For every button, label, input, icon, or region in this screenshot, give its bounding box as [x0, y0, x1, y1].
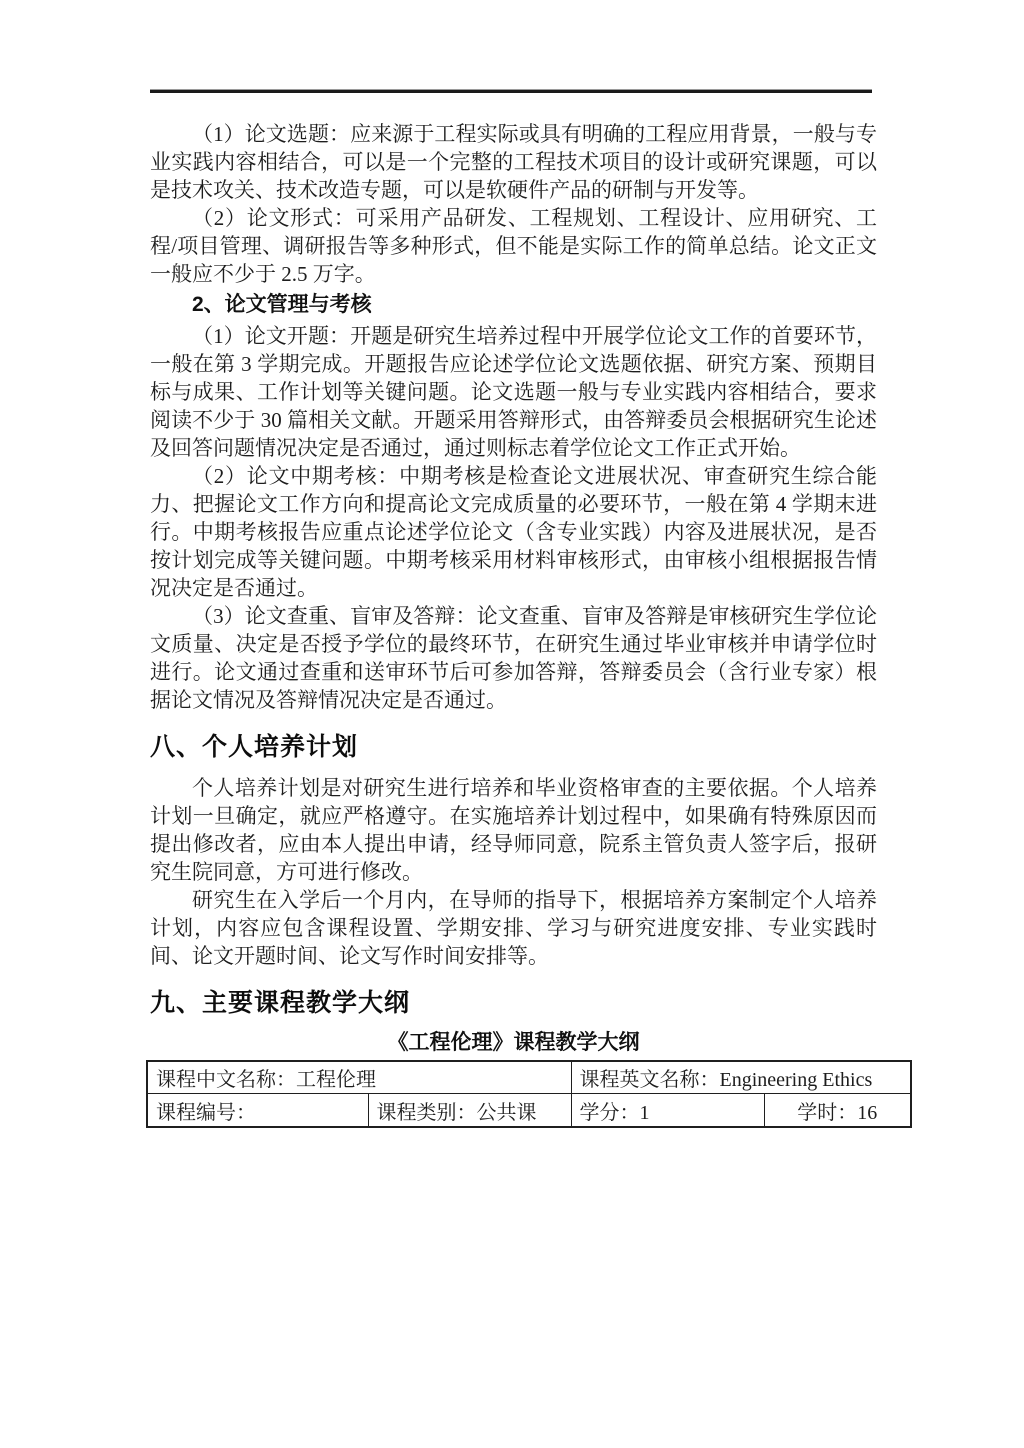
- course-number-cell: 课程编号：: [147, 1094, 368, 1128]
- document-page: （1）论文选题：应来源于工程实际或具有明确的工程应用背景，一般与专业实践内容相结…: [0, 0, 1024, 1448]
- course-table-row-names: 课程中文名称：工程伦理 课程英文名称：Engineering Ethics: [147, 1061, 911, 1094]
- paragraph-thesis-topic: （1）论文选题：应来源于工程实际或具有明确的工程应用背景，一般与专业实践内容相结…: [150, 120, 877, 204]
- course-cn-name-cell: 课程中文名称：工程伦理: [147, 1061, 571, 1094]
- paragraph-personal-plan-2: 研究生在入学后一个月内，在导师的指导下，根据培养方案制定个人培养计划，内容应包含…: [150, 886, 877, 970]
- document-content: （1）论文选题：应来源于工程实际或具有明确的工程应用背景，一般与专业实践内容相结…: [150, 120, 877, 1128]
- paragraph-thesis-format: （2）论文形式：可采用产品研发、工程规划、工程设计、应用研究、工程/项目管理、调…: [150, 204, 877, 288]
- header-rule: [150, 89, 872, 93]
- heading-thesis-management: 2、论文管理与考核: [150, 291, 877, 319]
- heading-section-8-personal-plan: 八、个人培养计划: [150, 730, 877, 764]
- course-table-row-details: 课程编号： 课程类别：公共课 学分：1 学时：16: [147, 1094, 911, 1128]
- course-table-title: 《工程伦理》课程教学大纲: [150, 1030, 877, 1056]
- course-en-name-cell: 课程英文名称：Engineering Ethics: [571, 1061, 911, 1094]
- paragraph-thesis-proposal: （1）论文开题：开题是研究生培养过程中开展学位论文工作的首要环节，一般在第 3 …: [150, 322, 877, 462]
- course-hours-cell: 学时：16: [764, 1094, 911, 1128]
- paragraph-midterm-assessment: （2）论文中期考核：中期考核是检查论文进展状况、审查研究生综合能力、把握论文工作…: [150, 462, 877, 602]
- course-info-table: 课程中文名称：工程伦理 课程英文名称：Engineering Ethics 课程…: [146, 1060, 912, 1128]
- course-credits-cell: 学分：1: [571, 1094, 764, 1128]
- course-category-cell: 课程类别：公共课: [368, 1094, 571, 1128]
- paragraph-thesis-defense: （3）论文查重、盲审及答辩：论文查重、盲审及答辩是审核研究生学位论文质量、决定是…: [150, 602, 877, 714]
- heading-section-9-syllabus: 九、主要课程教学大纲: [150, 986, 877, 1020]
- paragraph-personal-plan-1: 个人培养计划是对研究生进行培养和毕业资格审查的主要依据。个人培养计划一旦确定，就…: [150, 774, 877, 886]
